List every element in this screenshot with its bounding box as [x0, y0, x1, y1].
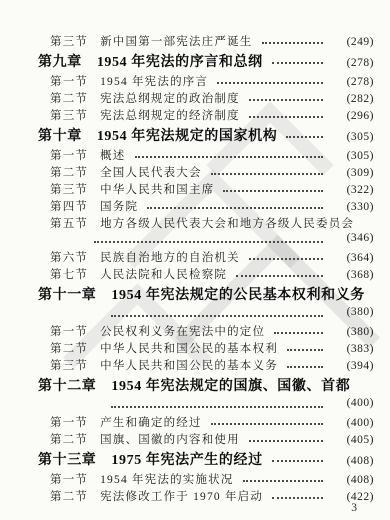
toc-row: 第七节 人民法院和人民检察院 (368) — [38, 266, 374, 283]
dot-leader-decoration — [249, 440, 323, 442]
dot-leader-decoration — [94, 241, 323, 243]
toc-row: 第十一章 1954 年宪法规定的公民基本权利和义务 — [38, 284, 374, 305]
dot-leader-decoration — [286, 136, 323, 138]
entry-page: (346) — [328, 232, 374, 244]
entry-page: (282) — [328, 93, 374, 105]
entry-page: (296) — [328, 110, 374, 122]
entry-page: (322) — [328, 184, 374, 196]
entry-label: 第十二章 — [38, 375, 96, 395]
entry-label: 第一节 — [50, 323, 88, 339]
toc-row: (380) — [38, 306, 374, 323]
toc-row: 第二节 国旗、国徽的内容和使用 (405) — [38, 431, 374, 448]
toc-row: 第三节 中华人民共和国公民的基本义务 (394) — [38, 357, 374, 374]
entry-label: 第二节 — [50, 164, 88, 180]
dot-leader-decoration — [111, 315, 323, 317]
entry-page: (400) — [328, 417, 374, 429]
entry-title: 1954 年宪法规定的国旗、国徽、首都 — [111, 375, 350, 395]
entry-label: 第十三章 — [38, 449, 96, 469]
entry-label: 第六节 — [50, 249, 88, 265]
toc-row: 第一节 概述 (305) — [38, 147, 374, 164]
entry-title: 人民法院和人民检察院 — [100, 266, 227, 282]
entry-title: 全国人民代表大会 — [100, 164, 202, 180]
entry-label: 第三节 — [50, 181, 88, 197]
entry-page: (408) — [328, 474, 374, 486]
entry-page: (278) — [328, 76, 374, 88]
entry-label: 第二节 — [50, 488, 88, 504]
dot-leader-decoration — [249, 99, 323, 101]
toc-row: (400) — [38, 397, 374, 414]
dot-leader-decoration — [249, 116, 323, 118]
dot-leader-decoration — [274, 332, 323, 334]
dot-leader-decoration — [249, 258, 323, 260]
entry-page: (368) — [328, 269, 374, 281]
entry-title: 1954 年宪法的序言和总纲 — [97, 51, 263, 71]
entry-title: 国旗、国徽的内容和使用 — [100, 431, 240, 447]
entry-page: (400) — [328, 397, 374, 409]
toc-list: 第三节 新中国第一部宪法庄严诞生 (249) 第九章 1954 年宪法的序言和总… — [0, 0, 390, 505]
entry-title: 1954 年宪法规定的国家机构 — [97, 125, 278, 145]
entry-page: (330) — [328, 201, 374, 213]
toc-row: 第十二章 1954 年宪法规定的国旗、国徽、首都 — [38, 375, 374, 396]
toc-row: 第二节 宪法总纲规定的政治制度 (282) — [38, 90, 374, 107]
entry-title: 宪法总纲规定的政治制度 — [100, 90, 240, 106]
entry-title: 1954 年宪法的序言 — [100, 73, 208, 89]
entry-label: 第二节 — [50, 340, 88, 356]
entry-label: 第一节 — [50, 147, 88, 163]
entry-page: (278) — [328, 57, 374, 69]
entry-title: 产生和确定的经过 — [100, 414, 202, 430]
entry-title: 地方各级人民代表大会和地方各级人民委员会 — [100, 215, 354, 231]
toc-row: 第十三章 1975 年宪法产生的经过 (408) — [38, 449, 374, 470]
entry-label: 第三节 — [50, 357, 88, 373]
entry-label: 第四节 — [50, 198, 88, 214]
dot-leader-decoration — [223, 190, 323, 192]
dot-leader-decoration — [236, 275, 323, 277]
entry-label: 第一节 — [50, 414, 88, 430]
entry-title: 民族自治地方的自治机关 — [100, 249, 240, 265]
entry-page: (394) — [328, 360, 374, 372]
entry-label: 第二节 — [50, 431, 88, 447]
dot-leader-decoration — [272, 62, 323, 64]
dot-leader-decoration — [243, 480, 323, 482]
entry-page: (305) — [328, 150, 374, 162]
dot-leader-decoration — [147, 207, 323, 209]
toc-row: 第一节 公民权利义务在宪法中的定位 (380) — [38, 323, 374, 340]
toc-row: 第二节 中华人民共和国公民的基本权利 (383) — [38, 340, 374, 357]
entry-title: 1954 年宪法的实施状况 — [100, 471, 233, 487]
toc-row: 第五节 地方各级人民代表大会和地方各级人民委员会 — [38, 215, 374, 232]
entry-page: (383) — [328, 343, 374, 355]
dot-leader-decoration — [211, 173, 323, 175]
entry-title: 宪法修改工作于 1970 年启动 — [100, 488, 263, 504]
entry-page: (305) — [328, 131, 374, 143]
entry-title: 中华人民共和国公民的基本义务 — [100, 357, 278, 373]
entry-title: 国务院 — [100, 198, 138, 214]
entry-label: 第二节 — [50, 90, 88, 106]
entry-page: (380) — [328, 306, 374, 318]
entry-label: 第一节 — [50, 471, 88, 487]
toc-row: 第三节 宪法总纲规定的经济制度 (296) — [38, 107, 374, 124]
toc-row: 第四节 国务院 (330) — [38, 198, 374, 215]
entry-title: 中华人民共和国公民的基本权利 — [100, 340, 278, 356]
toc-row: 第一节 1954 年宪法的实施状况 (408) — [38, 471, 374, 488]
entry-label: 第七节 — [50, 266, 88, 282]
entry-label: 第三节 — [50, 33, 88, 49]
book-page: 第三节 新中国第一部宪法庄严诞生 (249) 第九章 1954 年宪法的序言和总… — [0, 0, 390, 520]
toc-row: 第三节 中华人民共和国主席 (322) — [38, 181, 374, 198]
dot-leader-decoration — [287, 349, 323, 351]
toc-row: 第六节 民族自治地方的自治机关 (364) — [38, 249, 374, 266]
toc-row: 第三节 新中国第一部宪法庄严诞生 (249) — [38, 33, 374, 50]
toc-row: (346) — [38, 232, 374, 249]
entry-label: 第十章 — [38, 125, 82, 145]
entry-page: (405) — [328, 434, 374, 446]
dot-leader-decoration — [272, 460, 323, 462]
entry-title: 中华人民共和国主席 — [100, 181, 214, 197]
entry-label: 第九章 — [38, 51, 82, 71]
entry-page: (249) — [328, 36, 374, 48]
dot-leader-decoration — [217, 82, 323, 84]
toc-row: 第十章 1954 年宪法规定的国家机构 (305) — [38, 125, 374, 146]
entry-title: 1954 年宪法规定的公民基本权利和义务 — [111, 284, 365, 304]
entry-page: (380) — [328, 326, 374, 338]
entry-page: (364) — [328, 252, 374, 264]
entry-page: (309) — [328, 167, 374, 179]
toc-row: 第一节 1954 年宪法的序言 (278) — [38, 73, 374, 90]
dot-leader-decoration — [262, 42, 323, 44]
page-number-footer: 3 — [351, 502, 357, 514]
entry-label: 第三节 — [50, 107, 88, 123]
entry-title: 1975 年宪法产生的经过 — [111, 449, 262, 469]
entry-label: 第一节 — [50, 73, 88, 89]
dot-leader-decoration — [135, 156, 323, 158]
entry-title: 宪法总纲规定的经济制度 — [100, 107, 240, 123]
entry-label: 第五节 — [50, 215, 88, 231]
dot-leader-decoration — [272, 497, 323, 499]
toc-row: 第九章 1954 年宪法的序言和总纲 (278) — [38, 51, 374, 72]
entry-title: 新中国第一部宪法庄严诞生 — [100, 33, 252, 49]
toc-row: 第一节 产生和确定的经过 (400) — [38, 414, 374, 431]
entry-label: 第十一章 — [38, 284, 96, 304]
dot-leader-decoration — [287, 366, 323, 368]
toc-row: 第二节 宪法修改工作于 1970 年启动 (422) — [38, 488, 374, 505]
entry-page: (408) — [328, 455, 374, 467]
entry-title: 概述 — [100, 147, 125, 163]
entry-title: 公民权利义务在宪法中的定位 — [100, 323, 265, 339]
dot-leader-decoration — [211, 423, 323, 425]
dot-leader-decoration — [111, 406, 323, 408]
toc-row: 第二节 全国人民代表大会 (309) — [38, 164, 374, 181]
